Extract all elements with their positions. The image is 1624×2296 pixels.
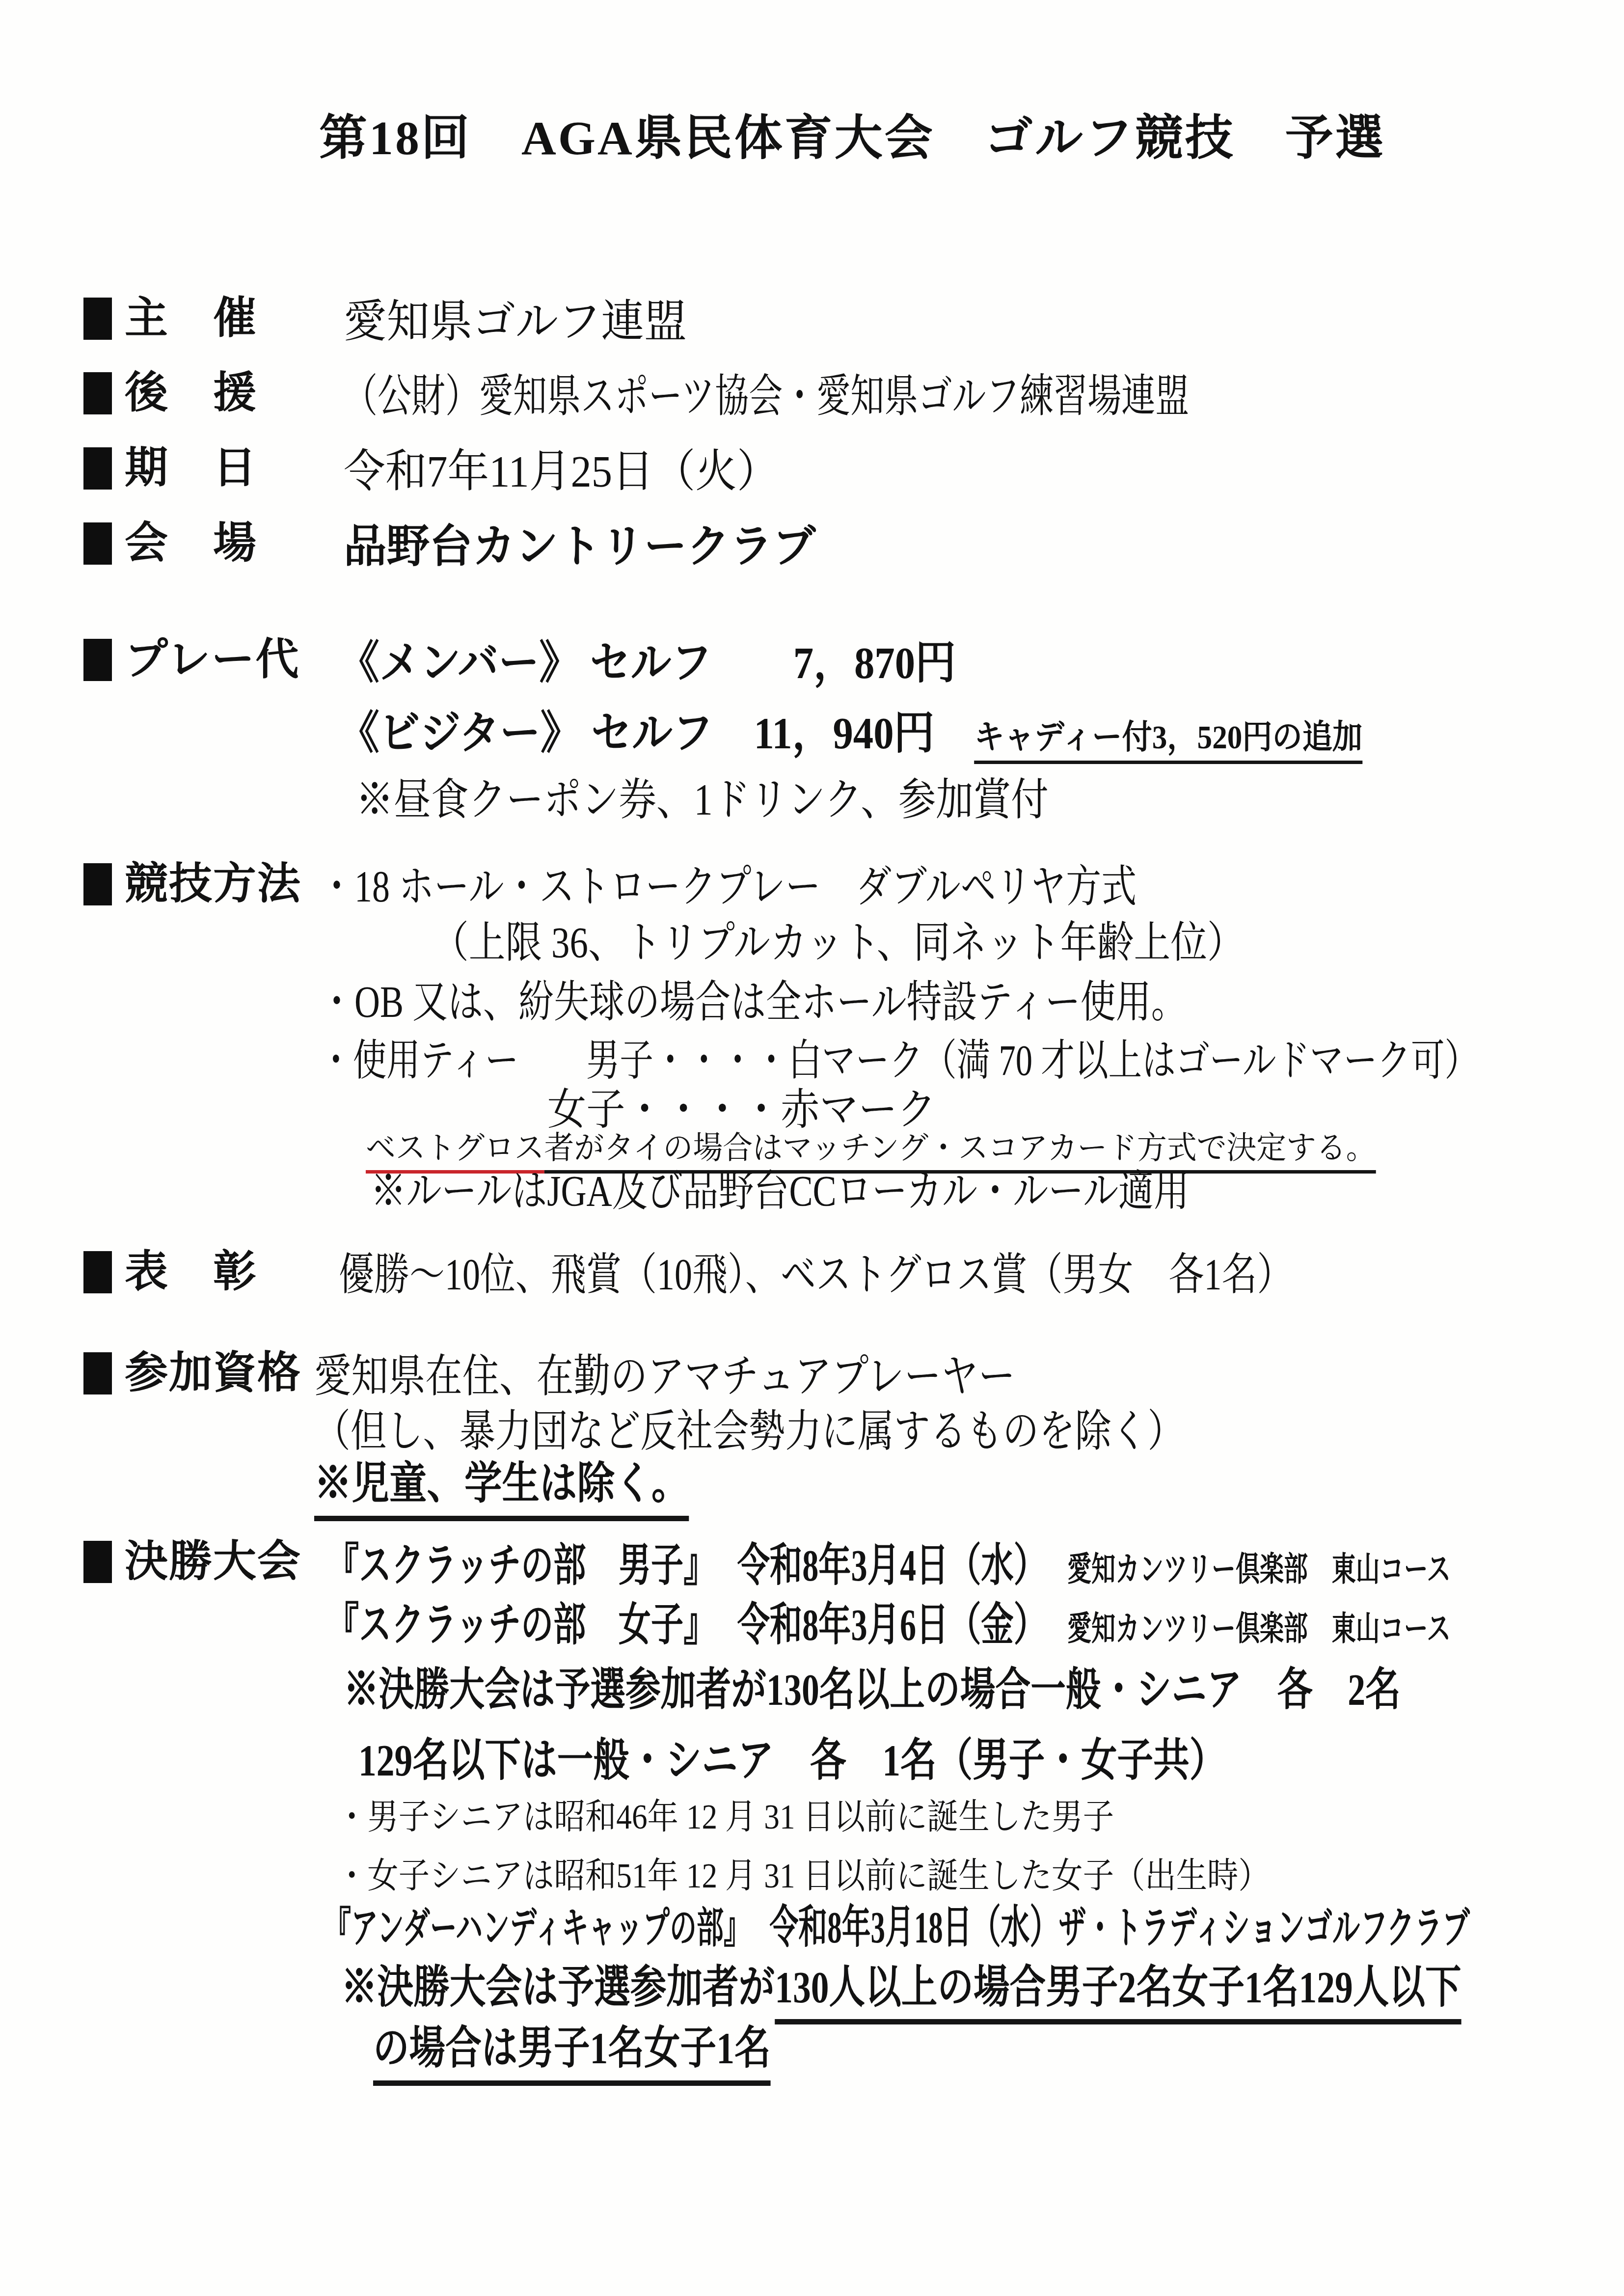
final-uh-venue: ザ・トラディションゴルフクラブ (1058, 1905, 1469, 1952)
final-men-row: 『スクラッチの部 男子』令和8年3月4日（水）愛知カンツリー倶楽部 東山コース (326, 1540, 1624, 1591)
host-label: 主 催 (125, 295, 257, 343)
fee-label: プレー代 (125, 636, 299, 684)
final-note2: 129名以下は一般・シニア 各 1名（男子・女子共） (358, 1735, 1225, 1786)
eligibility-label: 参加資格 (125, 1349, 301, 1398)
final-note1-row: ※決勝大会は予選参加者が130名以上の場合一般・シニア 各 2名 (344, 1665, 1624, 1715)
black-square-bullet (83, 522, 112, 565)
method-line4: ・使用ティー 男子・・・・白マーク（満 70 才以上はゴールドマーク可） (319, 1037, 1478, 1086)
method-line7: ※ルールはJGA及び品野台CCローカル・ルール適用 (371, 1168, 1189, 1216)
final-senior-men-row: ・男子シニアは昭和46年 12 月 31 日以前に誕生した男子 (336, 1797, 1220, 1837)
final-men-date: 令和8年3月4日（水） (737, 1540, 1046, 1590)
section-method-label: 競技方法 (83, 860, 301, 909)
final-uh-title: 『アンダーハンディキャップの部』 (324, 1905, 751, 1952)
final-women-date: 令和8年3月6日（金） (737, 1600, 1046, 1650)
black-square-bullet (83, 372, 112, 414)
method-line1: ・18 ホール・ストロークプレー ダブルペリヤ方式 (319, 863, 1137, 912)
final-note3-row: ※決勝大会は予選参加者が130人以上の場合男子2名女子1名129人以下 (341, 1962, 1624, 2013)
venue-value: 品野台カントリークラブ (344, 521, 815, 572)
fee-member-row: 《メンバー》 セルフ 7，870円 (339, 638, 1025, 688)
method-line4-row: ・使用ティー 男子・・・・白マーク（満 70 才以上はゴールドマーク可） (319, 1037, 1624, 1086)
final-women-row: 『スクラッチの部 女子』令和8年3月6日（金）愛知カンツリー倶楽部 東山コース (326, 1600, 1624, 1650)
final-note3-plain: ※決勝大会は予選参加者が (341, 1962, 775, 2012)
section-support-value: （公財）愛知県スポーツ協会・愛知県ゴルフ練習場連盟 (344, 371, 1471, 422)
method-line5: 女子・・・・赤マーク (547, 1086, 936, 1135)
section-venue-value: 品野台カントリークラブ (344, 521, 840, 572)
date-label: 期 日 (125, 444, 257, 493)
section-date-label: 期 日 (83, 444, 257, 493)
section-final-label: 決勝大会 (83, 1538, 301, 1586)
final-note1: ※決勝大会は予選参加者が130名以上の場合一般・シニア 各 2名 (344, 1665, 1401, 1715)
final-men-title: 『スクラッチの部 男子』 (326, 1540, 716, 1590)
method-line2-row: （上限 36、トリプルカット、同ネット年齢上位） (432, 919, 1387, 968)
method-line3: ・OB 又は、紛失球の場合は全ホール特設ティー使用。 (319, 978, 1187, 1028)
eligibility-line2: （但し、暴力団など反社会勢力に属するものを除く） (314, 1407, 1184, 1457)
section-support-label: 後 援 (83, 369, 257, 418)
award-value-row: 優勝〜10位、飛賞（10飛）、ベストグロス賞（男女 各1名） (339, 1251, 1531, 1300)
black-square-bullet (83, 298, 112, 340)
final-underhandicap-row: 『アンダーハンディキャップの部』令和8年3月18日（水）ザ・トラディションゴルフ… (324, 1902, 1624, 1953)
method-line3-row: ・OB 又は、紛失球の場合は全ホール特設ティー使用。 (319, 978, 1404, 1028)
final-note4: の場合は男子1名女子1名 (373, 2023, 771, 2086)
method-label: 競技方法 (125, 860, 301, 909)
final-label: 決勝大会 (125, 1538, 301, 1586)
support-value: （公財）愛知県スポーツ協会・愛知県ゴルフ練習場連盟 (344, 371, 1189, 422)
final-senior-men: ・男子シニアは昭和46年 12 月 31 日以前に誕生した男子 (336, 1797, 1114, 1837)
eligibility-line3-row: ※児童、学生は除く。 (314, 1459, 755, 1521)
section-fee-label: プレー代 (83, 636, 299, 684)
award-value: 優勝〜10位、飛賞（10飛）、ベストグロス賞（男女 各1名） (339, 1251, 1293, 1300)
fee-visitor-row: 《ビジター》 セルフ 11，940円キャディー付3，520円の追加 (339, 708, 1476, 759)
date-value: 令和7年11月25日（火） (344, 446, 779, 497)
eligibility-line1: 愛知県在住、在勤のアマチュアプレーヤー (314, 1351, 1015, 1402)
document-page: 第18回 AGA県民体育大会 ゴルフ競技 予選 主 催 愛知県ゴルフ連盟 後 援… (0, 0, 1624, 2296)
section-host-value: 愛知県ゴルフ連盟 (344, 297, 705, 347)
method-line2: （上限 36、トリプルカット、同ネット年齢上位） (432, 919, 1244, 968)
support-label: 後 援 (125, 369, 257, 418)
host-value: 愛知県ゴルフ連盟 (344, 297, 687, 347)
fee-note: ※昼食クーポン券、1ドリンク、参加賞付 (356, 776, 1049, 825)
black-square-bullet (83, 863, 112, 905)
final-senior-women-row: ・女子シニアは昭和51年 12 月 31 日以前に誕生した女子（出生時） (336, 1856, 1397, 1896)
award-label: 表 彰 (125, 1248, 257, 1297)
method-line6-row: ベストグロス者がタイの場合はマッチング・スコアカード方式で決定する。 (366, 1130, 1429, 1166)
eligibility-line1-row: 愛知県在住、在勤のアマチュアプレーヤー (314, 1351, 1169, 1402)
method-line6-rest: 者がタイの場合はマッチング・スコアカード方式で決定する。 (544, 1130, 1376, 1174)
fee-visitor: 《ビジター》 セルフ 11，940円 (339, 708, 934, 758)
final-men-venue: 愛知カンツリー倶楽部 東山コース (1067, 1551, 1451, 1588)
final-senior-women: ・女子シニアは昭和51年 12 月 31 日以前に誕生した女子（出生時） (336, 1856, 1270, 1896)
final-note3-underlined: 130人以上の場合男子2名女子1名129人以下 (775, 1962, 1461, 2024)
fee-note-row: ※昼食クーポン券、1ドリンク、参加賞付 (356, 776, 1171, 825)
section-eligibility-label: 参加資格 (83, 1349, 301, 1398)
black-square-bullet (83, 1251, 112, 1293)
black-square-bullet (83, 1541, 112, 1583)
section-venue-label: 会 場 (83, 519, 257, 568)
final-note2-row: 129名以下は一般・シニア 各 1名（男子・女子共） (358, 1735, 1442, 1786)
method-line5-row: 女子・・・・赤マーク (547, 1086, 979, 1135)
venue-label: 会 場 (125, 519, 257, 568)
section-award-label: 表 彰 (83, 1248, 257, 1297)
method-line1-row: ・18 ホール・ストロークプレー ダブルペリヤ方式 (319, 863, 1341, 912)
final-note4-row: の場合は男子1名女子1名 (373, 2023, 870, 2086)
method-line7-row: ※ルールはJGA及び品野台CCローカル・ルール適用 (371, 1168, 1369, 1216)
title-text: 第18回 AGA県民体育大会 ゴルフ競技 予選 (319, 112, 1385, 165)
document-title: 第18回 AGA県民体育大会 ゴルフ競技 予選 (319, 112, 1385, 166)
black-square-bullet (83, 639, 112, 681)
final-women-title: 『スクラッチの部 女子』 (326, 1600, 716, 1650)
fee-caddie-note: キャディー付3，520円の追加 (974, 718, 1362, 764)
section-host-label: 主 催 (83, 295, 257, 343)
final-uh-date: 令和8年3月18日（水） (769, 1902, 1058, 1952)
final-women-venue: 愛知カンツリー倶楽部 東山コース (1067, 1610, 1451, 1647)
black-square-bullet (83, 447, 112, 490)
method-line6-red-underline: ベストグロス (366, 1130, 544, 1174)
eligibility-line2-row: （但し、暴力団など反社会勢力に属するものを除く） (314, 1407, 1375, 1457)
eligibility-line3: ※児童、学生は除く。 (314, 1459, 689, 1521)
section-date-value: 令和7年11月25日（火） (344, 446, 816, 497)
black-square-bullet (83, 1352, 112, 1394)
fee-member: 《メンバー》 セルフ 7，870円 (339, 638, 956, 688)
